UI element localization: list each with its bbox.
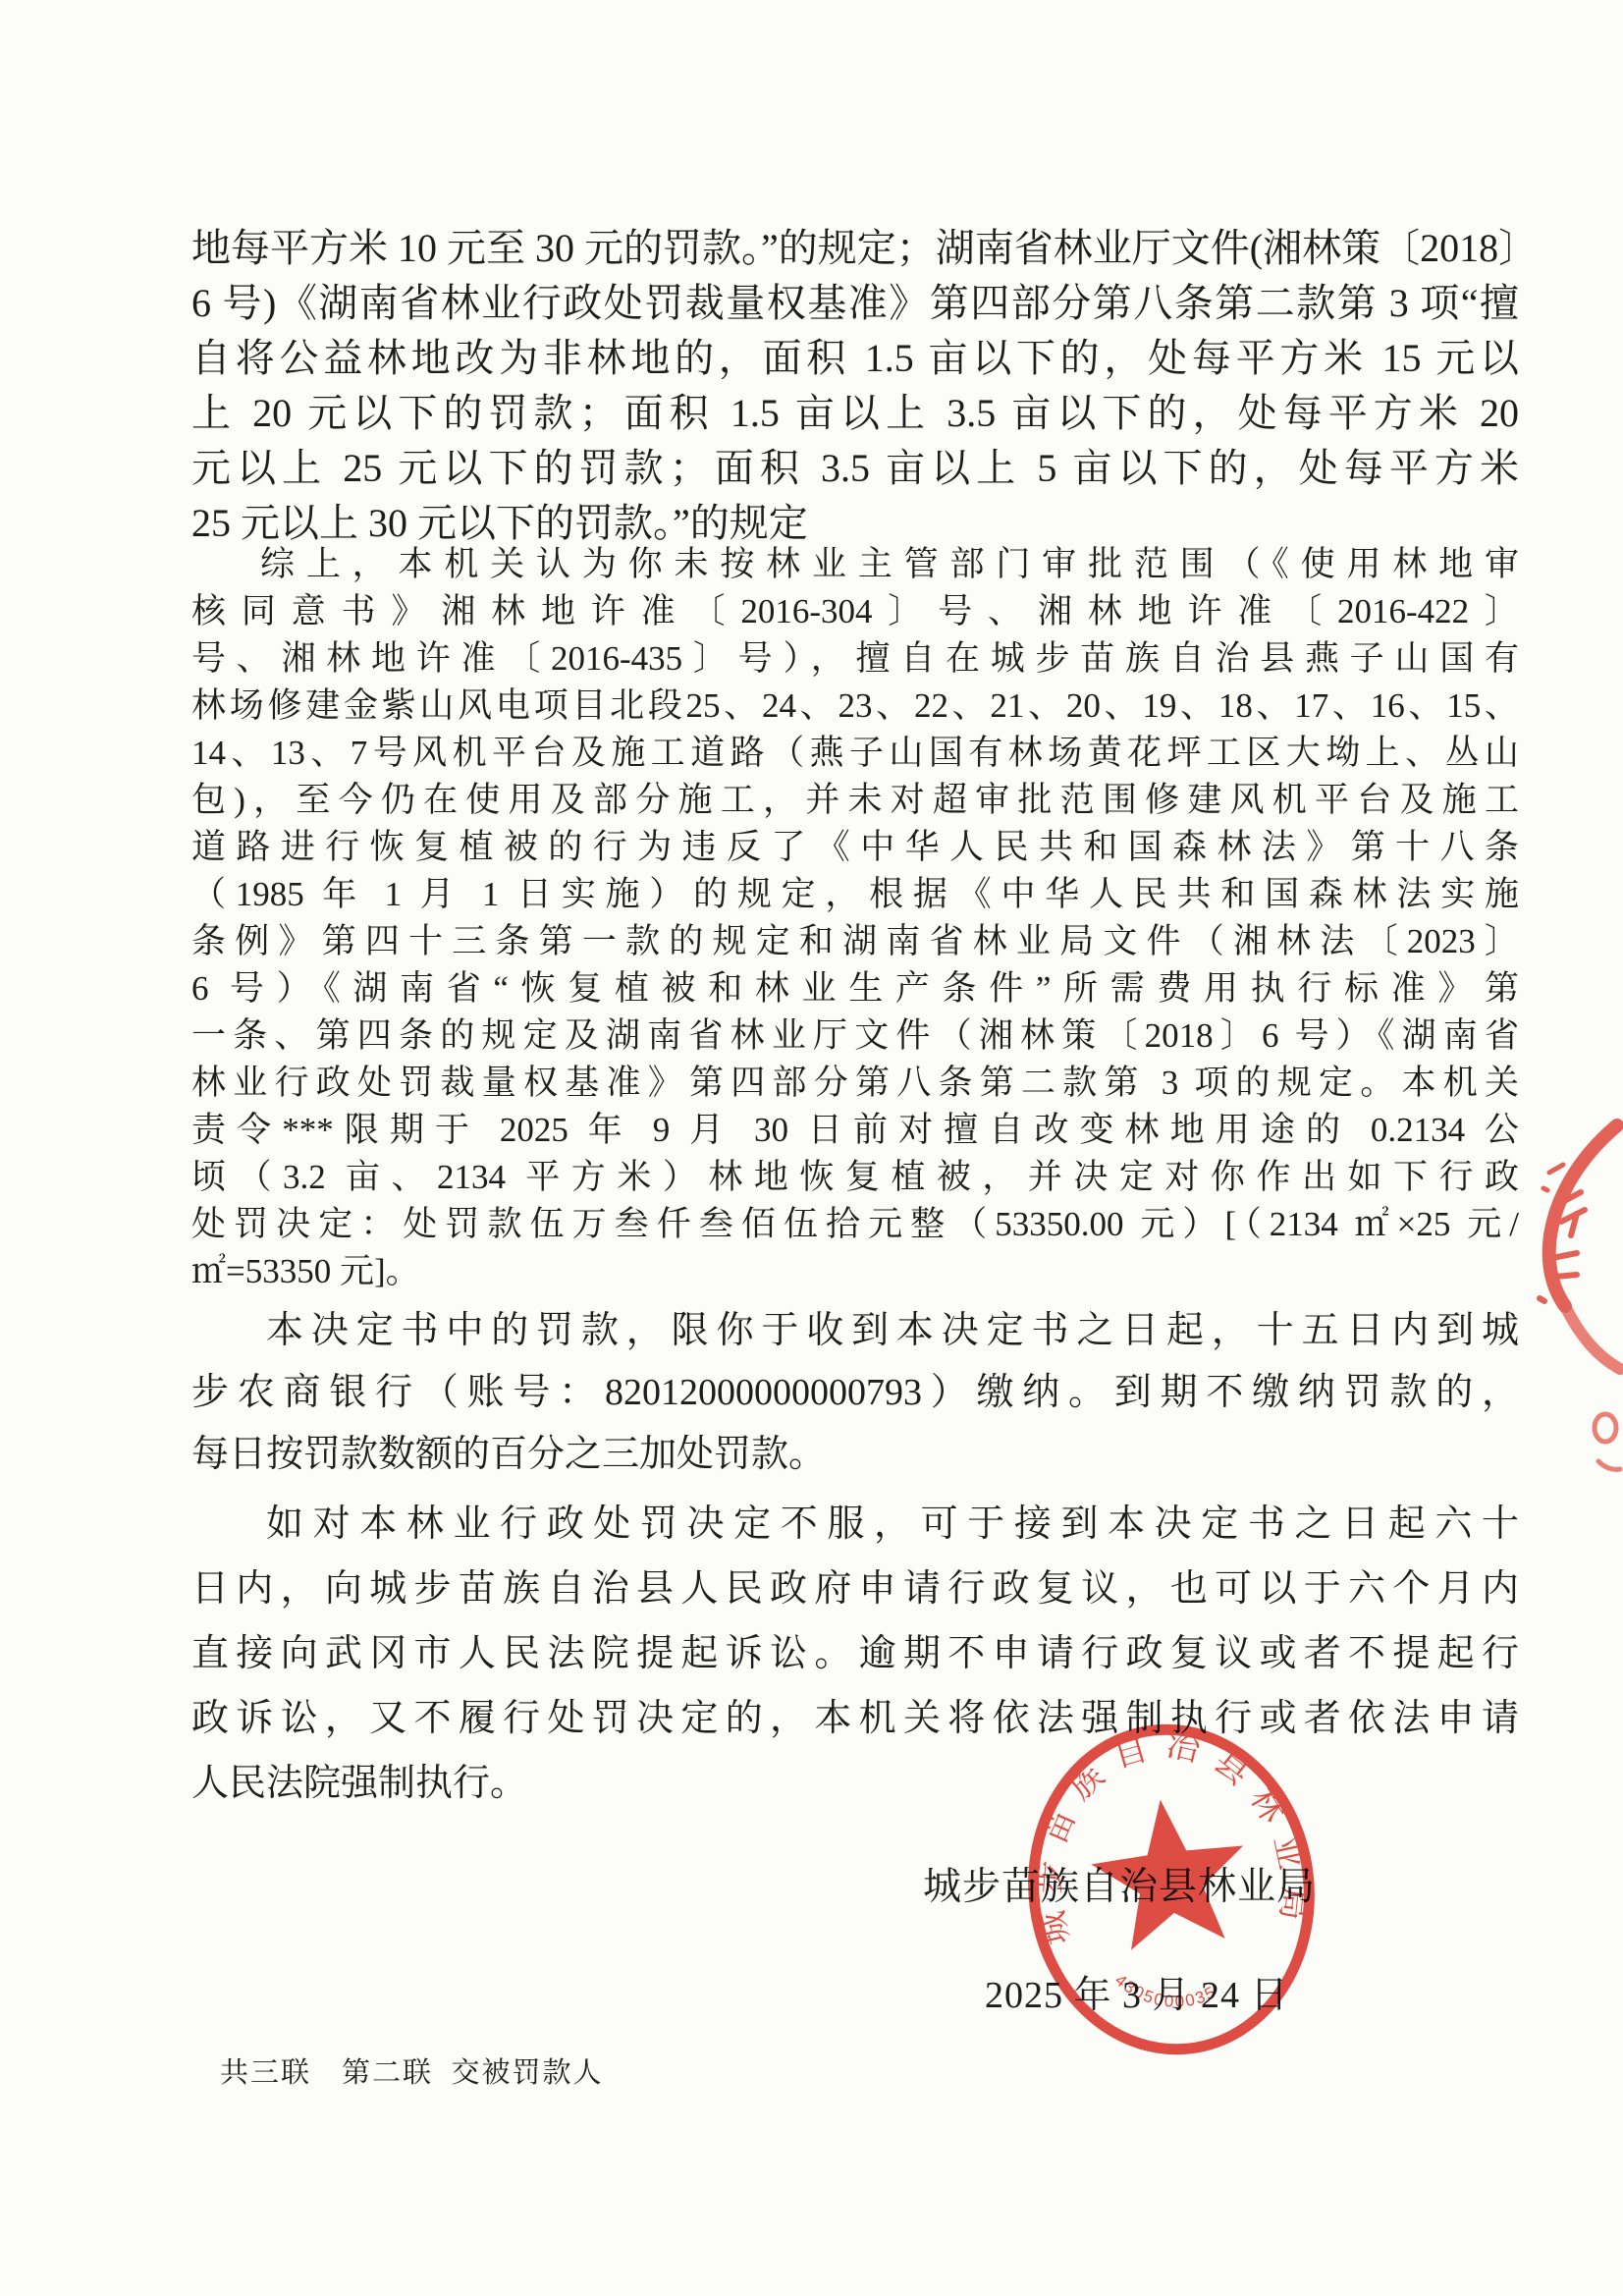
text-line: 如对本林业行政处罚决定不服，可于接到本决定书之日起六十 bbox=[191, 1492, 1519, 1557]
text-line: 核同意书》湘林地许准〔2016-304〕号、湘林地许准〔2016-422〕 bbox=[191, 588, 1519, 635]
text-line: 处罚决定：处罚款伍万叁仟叁佰伍拾元整（53350.00 元）[（2134 ㎡×2… bbox=[191, 1201, 1519, 1248]
text-line: 林业行政处罚裁量权基准》第四部分第八条第二款第 3 项的规定。本机关 bbox=[191, 1060, 1519, 1107]
text-line: 包)，至今仍在使用及部分施工，并未对超审批范围修建风机平台及施工 bbox=[191, 777, 1519, 824]
text-line: 6 号)《湖南省林业行政处罚裁量权基准》第四部分第八条第二款第 3 项“擅 bbox=[191, 276, 1519, 331]
text-line: 上 20 元以下的罚款；面积 1.5 亩以上 3.5 亩以下的，处每平方米 20 bbox=[191, 386, 1519, 441]
seal-code-text: 4305000035 bbox=[1109, 1959, 1220, 2019]
text-line: 6 号）《湖南省“恢复植被和林业生产条件”所需费用执行标准》第 bbox=[191, 965, 1519, 1012]
text-line: 元以上 25 元以下的罚款；面积 3.5 亩以上 5 亩以下的，处每平方米 bbox=[191, 441, 1519, 496]
payment-instruction-paragraph: 本决定书中的罚款，限你于收到本决定书之日起，十五日内到城 步农商银行（账号：82… bbox=[191, 1300, 1519, 1486]
copy-designation-footer: 共三联 第二联 交被罚款人 bbox=[220, 2050, 604, 2091]
text-line: 日内，向城步苗族自治县人民政府申请行政复议，也可以于六个月内 bbox=[191, 1557, 1519, 1621]
text-line: 条例》第四十三条第一款的规定和湖南省林业局文件（湘林法〔2023〕 bbox=[191, 918, 1519, 965]
findings-paragraph: 综上，本机关认为你未按林业主管部门审批范围（《使用林地审 核同意书》湘林地许准〔… bbox=[191, 541, 1519, 1295]
text-line: 一条、第四条的规定及湖南省林业厅文件（湘林策〔2018〕6 号）《湖南省 bbox=[191, 1012, 1519, 1060]
text-line: 步农商银行（账号：82012000000000793）缴纳。到期不缴纳罚款的， bbox=[191, 1362, 1519, 1424]
text-line: 每日按罚款数额的百分之三加处罚款。 bbox=[191, 1424, 1519, 1486]
text-line: 自将公益林地改为非林地的，面积 1.5 亩以下的，处每平方米 15 元以 bbox=[191, 331, 1519, 386]
text-line: 责令***限期于 2025 年 9 月 30 日前对擅自改变林地用途的 0.21… bbox=[191, 1107, 1519, 1154]
partial-stamp-fragment bbox=[1504, 1112, 1623, 1504]
text-line: 14、13、7号风机平台及施工道路（燕子山国有林场黄花坪工区大坳上、丛山 bbox=[191, 730, 1519, 777]
text-line: 道路进行恢复植被的行为违反了《中华人民共和国森林法》第十八条 bbox=[191, 824, 1519, 871]
text-line: 直接向武冈市人民法院提起诉讼。逾期不申请行政复议或者不提起行 bbox=[191, 1621, 1519, 1686]
text-line: 顷（3.2 亩、2134 平方米）林地恢复植被，并决定对你作出如下行政 bbox=[191, 1154, 1519, 1201]
official-seal: 城步苗族自治县林业局 4305000035 bbox=[997, 1711, 1350, 2084]
text-line: （1985 年 1 月 1 日实施）的规定，根据《中华人民共和国森林法实施 bbox=[191, 871, 1519, 918]
scanned-penalty-decision-page: 地每平方米 10 元至 30 元的罚款。”的规定；湖南省林业厅文件(湘林策〔20… bbox=[0, 0, 1623, 2296]
text-line: 林场修建金紫山风电项目北段25、24、23、22、21、20、19、18、17、… bbox=[191, 683, 1519, 730]
text-line: ㎡=53350 元]。 bbox=[191, 1248, 1519, 1295]
text-line: 综上，本机关认为你未按林业主管部门审批范围（《使用林地审 bbox=[191, 541, 1519, 588]
text-line: 地每平方米 10 元至 30 元的罚款。”的规定；湖南省林业厅文件(湘林策〔20… bbox=[191, 221, 1519, 276]
text-line: 号、湘林地许准〔2016-435〕号），擅自在城步苗族自治县燕子山国有 bbox=[191, 635, 1519, 683]
star-icon bbox=[1084, 1790, 1254, 1953]
penalty-basis-paragraph: 地每平方米 10 元至 30 元的罚款。”的规定；湖南省林业厅文件(湘林策〔20… bbox=[191, 221, 1519, 551]
text-line: 本决定书中的罚款，限你于收到本决定书之日起，十五日内到城 bbox=[191, 1300, 1519, 1362]
